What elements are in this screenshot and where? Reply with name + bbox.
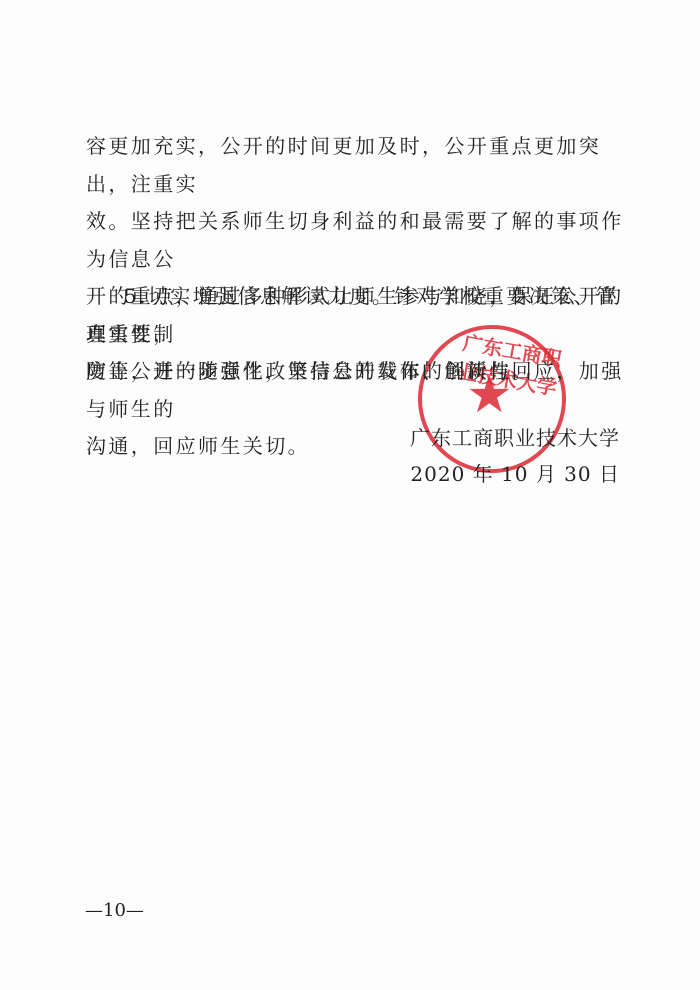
text-line: 容更加充实，公开的时间更加及时，公开重点更加突出，注重实 xyxy=(86,128,626,203)
text-line: 效。坚持把关系师生切身利益的和最需要了解的事项作为信息公 xyxy=(86,203,626,278)
page-number: —10— xyxy=(85,900,144,921)
text-line: 度等，进一步强化政策信息的发布、解读与回应，加强与师生的 xyxy=(86,353,626,428)
signature-date: 2020 年 10 月 30 日 xyxy=(400,458,620,487)
text-line: 5.切实增强信息解读力度。针对学校重要决策、管理重要制 xyxy=(86,278,626,353)
signature-organization: 广东工商职业技术大学 xyxy=(400,422,620,451)
